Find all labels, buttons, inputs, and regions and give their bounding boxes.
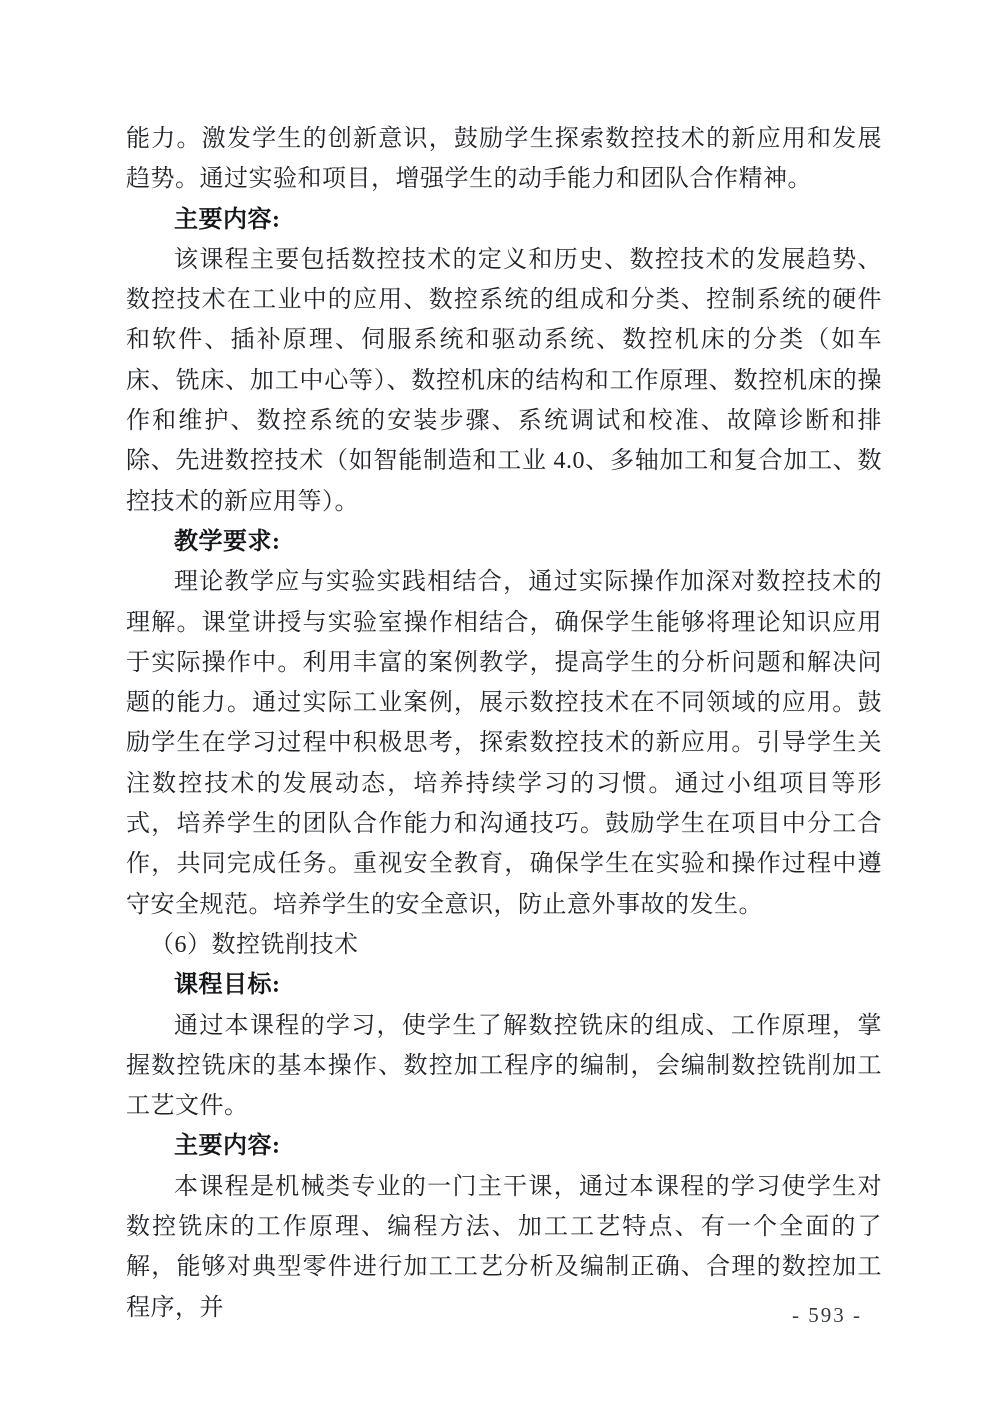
paragraph-course-objectives: 通过本课程的学习，使学生了解数控铣床的组成、工作原理，掌握数控铣床的基本操作、数…: [126, 1006, 882, 1127]
section-heading-main-content-1: 主要内容:: [126, 200, 882, 240]
document-page: 能力。激发学生的创新意识，鼓励学生探索数控技术的新应用和发展趋势。通过实验和项目…: [0, 0, 1000, 1414]
numbered-item-cnc-milling: （6）数控铣削技术: [126, 925, 882, 965]
page-number: - 593 -: [792, 1303, 862, 1328]
paragraph-teaching-requirements: 理论教学应与实验实践相结合，通过实际操作加深对数控技术的理解。课堂讲授与实验室操…: [126, 562, 882, 925]
section-heading-teaching-requirements: 教学要求:: [126, 522, 882, 562]
document-content: 能力。激发学生的创新意识，鼓励学生探索数控技术的新应用和发展趋势。通过实验和项目…: [126, 119, 882, 1328]
paragraph-course-overview: 本课程是机械类专业的一门主干课，通过本课程的学习使学生对数控铣床的工作原理、编程…: [126, 1167, 882, 1328]
section-heading-main-content-2: 主要内容:: [126, 1126, 882, 1166]
paragraph-course-scope: 该课程主要包括数控技术的定义和历史、数控技术的发展趋势、数控技术在工业中的应用、…: [126, 240, 882, 522]
paragraph-continued: 能力。激发学生的创新意识，鼓励学生探索数控技术的新应用和发展趋势。通过实验和项目…: [126, 119, 882, 200]
section-heading-course-objectives: 课程目标:: [126, 965, 882, 1005]
